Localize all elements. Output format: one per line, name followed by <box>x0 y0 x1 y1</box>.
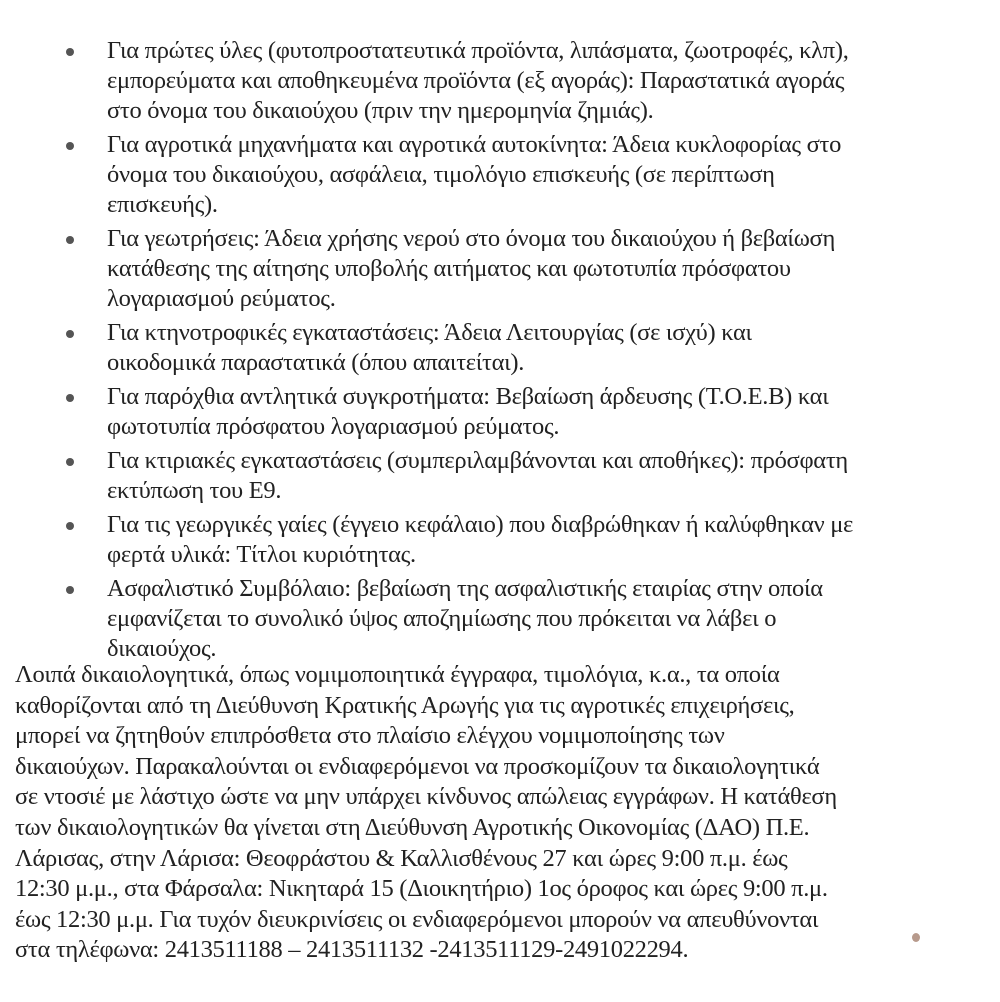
paragraph-line: δικαιούχων. Παρακαλούνται οι ενδιαφερόμε… <box>15 752 955 783</box>
bullet-icon <box>66 522 74 530</box>
paragraph-line: Λοιπά δικαιολογητικά, όπως νομιμοποιητικ… <box>15 660 955 691</box>
requirement-item: Για γεωτρήσεις: Άδεια χρήσης νερού στο ό… <box>60 224 940 314</box>
requirement-item: Για παρόχθια αντλητικά συγκροτήματα: Βεβ… <box>60 382 940 442</box>
requirement-line: φερτά υλικά: Τίτλοι κυριότητας. <box>107 540 940 570</box>
requirement-line: Για κτιριακές εγκαταστάσεις (συμπεριλαμβ… <box>107 446 940 476</box>
bullet-icon <box>66 142 74 150</box>
requirement-line: Για αγροτικά μηχανήματα και αγροτικά αυτ… <box>107 130 940 160</box>
requirement-item: Για κτιριακές εγκαταστάσεις (συμπεριλαμβ… <box>60 446 940 506</box>
requirement-line: όνομα του δικαιούχου, ασφάλεια, τιμολόγι… <box>107 160 940 190</box>
paragraph-line: των δικαιολογητικών θα γίνεται στη Διεύθ… <box>15 813 955 844</box>
closing-paragraph: Λοιπά δικαιολογητικά, όπως νομιμοποιητικ… <box>15 660 955 966</box>
paragraph-line: έως 12:30 μ.μ. Για τυχόν διευκρινίσεις ο… <box>15 905 955 936</box>
requirement-line: εκτύπωση του Ε9. <box>107 476 940 506</box>
requirement-line: κατάθεσης της αίτησης υποβολής αιτήματος… <box>107 254 940 284</box>
bullet-icon <box>66 48 74 56</box>
requirement-line: φωτοτυπία πρόσφατου λογαριασμού ρεύματος… <box>107 412 940 442</box>
requirement-item: Για αγροτικά μηχανήματα και αγροτικά αυτ… <box>60 130 940 220</box>
scan-speck <box>912 933 920 942</box>
paragraph-line: σε ντοσιέ με λάστιχο ώστε να μην υπάρχει… <box>15 782 955 813</box>
requirement-item: Ασφαλιστικό Συμβόλαιο: βεβαίωση της ασφα… <box>60 574 940 664</box>
requirement-line: Για τις γεωργικές γαίες (έγγειο κεφάλαιο… <box>107 510 940 540</box>
requirements-list: Για πρώτες ύλες (φυτοπροστατευτικά προϊό… <box>60 36 940 668</box>
bullet-icon <box>66 236 74 244</box>
bullet-icon <box>66 330 74 338</box>
requirement-line: επισκευής). <box>107 190 940 220</box>
bullet-icon <box>66 458 74 466</box>
requirement-line: εμφανίζεται το συνολικό ύψος αποζημίωσης… <box>107 604 940 634</box>
requirement-line: Για γεωτρήσεις: Άδεια χρήσης νερού στο ό… <box>107 224 940 254</box>
bullet-icon <box>66 394 74 402</box>
paragraph-line: στα τηλέφωνα: 2413511188 – 2413511132 -2… <box>15 935 955 966</box>
requirement-line: Ασφαλιστικό Συμβόλαιο: βεβαίωση της ασφα… <box>107 574 940 604</box>
requirement-line: Για πρώτες ύλες (φυτοπροστατευτικά προϊό… <box>107 36 940 66</box>
paragraph-line: Λάρισας, στην Λάρισα: Θεοφράστου & Καλλι… <box>15 844 955 875</box>
requirement-item: Για πρώτες ύλες (φυτοπροστατευτικά προϊό… <box>60 36 940 126</box>
scanned-document-page: Για πρώτες ύλες (φυτοπροστατευτικά προϊό… <box>0 0 1000 1002</box>
requirement-line: Για παρόχθια αντλητικά συγκροτήματα: Βεβ… <box>107 382 940 412</box>
requirement-line: οικοδομικά παραστατικά (όπου απαιτείται)… <box>107 348 940 378</box>
requirement-item: Για τις γεωργικές γαίες (έγγειο κεφάλαιο… <box>60 510 940 570</box>
bullet-icon <box>66 586 74 594</box>
paragraph-line: 12:30 μ.μ., στα Φάρσαλα: Νικηταρά 15 (Δι… <box>15 874 955 905</box>
requirement-item: Για κτηνοτροφικές εγκαταστάσεις: Άδεια Λ… <box>60 318 940 378</box>
requirement-line: εμπορεύματα και αποθηκευμένα προϊόντα (ε… <box>107 66 940 96</box>
requirement-line: Για κτηνοτροφικές εγκαταστάσεις: Άδεια Λ… <box>107 318 940 348</box>
paragraph-line: μπορεί να ζητηθούν επιπρόσθετα στο πλαίσ… <box>15 721 955 752</box>
requirement-line: λογαριασμού ρεύματος. <box>107 284 940 314</box>
paragraph-line: καθορίζονται από τη Διεύθυνση Κρατικής Α… <box>15 691 955 722</box>
requirement-line: στο όνομα του δικαιούχου (πριν την ημερο… <box>107 96 940 126</box>
